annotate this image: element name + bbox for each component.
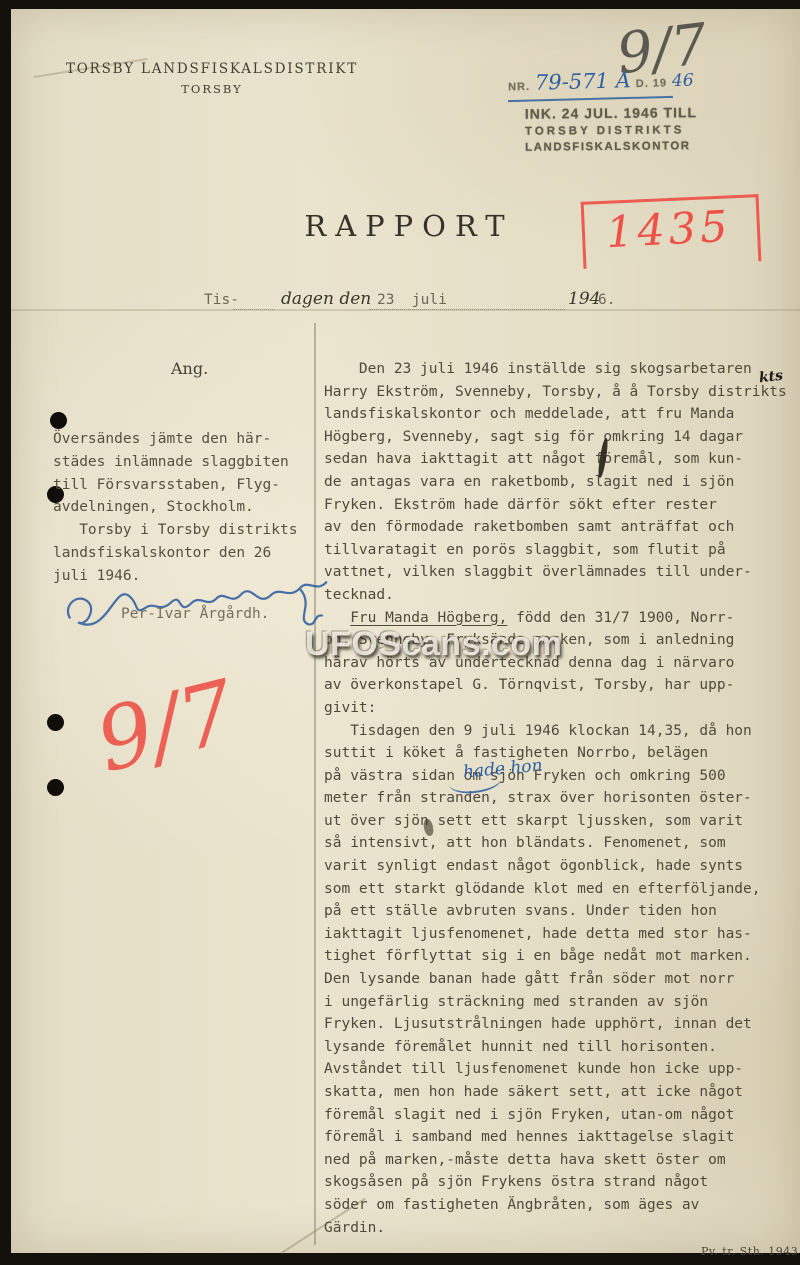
- body-line: på västra sidan om sjön Fryken och omkri…: [324, 765, 787, 788]
- body-text: Den 23 juli 1946 inställde sig skogsarbe…: [324, 358, 787, 1239]
- punch-hole-4: [47, 779, 64, 796]
- left-paragraph-line: Översändes jämte den här-: [53, 428, 297, 451]
- body-line: vattnet, vilken slaggbit överlämnades ti…: [324, 561, 787, 584]
- body-line: landsfiskalskontor och meddelade, att fr…: [324, 403, 787, 426]
- body-line: skogsåsen på sjön Frykens östra strand n…: [324, 1171, 787, 1194]
- fold-crease-vertical: [314, 323, 316, 1245]
- dateline-typed-prefix: Tis-: [204, 292, 239, 308]
- dateline-typed-date: 23 juli: [377, 292, 447, 308]
- body-line: lysande föremålet hunnit ned till horiso…: [324, 1036, 787, 1059]
- body-line: av den förmodade raketbomben samt anträf…: [324, 516, 787, 539]
- body-line: föremål i samband med hennes iakttagelse…: [324, 1126, 787, 1149]
- subject-heading: Ang.: [171, 359, 208, 378]
- red-crayon-date: 9/7: [87, 662, 245, 793]
- punch-hole-1: [50, 412, 67, 429]
- received-stamp-line1: INK. 24 JUL. 1946 TILL: [525, 104, 697, 122]
- body-line: som ett starkt glödande klot med en efte…: [324, 878, 787, 901]
- body-line: ut över sjön sett ett skarpt ljussken, s…: [324, 810, 787, 833]
- body-line: varit synligt endast något ögonblick, ha…: [324, 855, 787, 878]
- registry-blue-underline: [508, 96, 673, 102]
- body-line: på ett ställe avbruten svans. Under tide…: [324, 900, 787, 923]
- body-line: i ungefärlig sträckning med stranden av …: [324, 991, 787, 1014]
- left-paragraph-line: avdelningen, Stockholm.: [53, 496, 297, 519]
- document-page: TORSBY LANDSFISKALSDISTRIKT TORSBY 9/7 N…: [11, 9, 800, 1253]
- body-line: Fryken. Ekström hade därför sökt efter r…: [324, 494, 787, 517]
- watermark: UFOScans.com: [305, 625, 562, 664]
- body-line: meter från stranden, strax över horisont…: [324, 787, 787, 810]
- red-journal-number: 1435: [605, 202, 733, 258]
- body-line: tecknad.: [324, 584, 787, 607]
- body-line: sedan hava iakttagit att något föremål, …: [324, 448, 787, 471]
- body-line: Högberg, Svenneby, sagt sig för omkring …: [324, 426, 787, 449]
- body-line: tillvaratagit en porös slaggbit, som flu…: [324, 539, 787, 562]
- left-paragraph-line: till Försvarsstaben, Flyg-: [53, 474, 297, 497]
- report-title: RAPPORT: [289, 209, 529, 243]
- registry-stamp-mid: D. 19: [636, 77, 668, 90]
- scanned-document: { "colors": { "paper": "#e8e1cb", "typew…: [0, 0, 800, 1265]
- print-notice: Pv. tr. Sth. 1943: [701, 1245, 798, 1258]
- body-line: Den 23 juli 1946 inställde sig skogsarbe…: [324, 358, 787, 381]
- body-line: skatta, men hon hade säkert sett, att ic…: [324, 1081, 787, 1104]
- letterhead: TORSBY LANDSFISKALSDISTRIKT TORSBY: [66, 61, 358, 96]
- body-line: iakttagit ljusfenomenet, hade detta med …: [324, 923, 787, 946]
- signature-typed-name: Per-Ivar Årgårdh.: [121, 606, 269, 622]
- dateline-dotted-blank-2: [369, 308, 565, 310]
- registry-number-handwritten: 79-571 A: [535, 68, 631, 94]
- received-stamp-line3: LANDSFISKALSKONTOR: [525, 140, 697, 154]
- punch-hole-3: [47, 714, 64, 731]
- body-line: de antagas vara en raketbomb, slagit ned…: [324, 471, 787, 494]
- body-line: av överkonstapel G. Törnqvist, Torsby, h…: [324, 674, 787, 697]
- dateline-dotted-blank-1: [233, 308, 275, 310]
- body-line: ned på marken,-måste detta hava skett ös…: [324, 1149, 787, 1172]
- body-line: givit:: [324, 697, 787, 720]
- body-line: Den lysande banan hade gått från söder m…: [324, 968, 787, 991]
- dateline-printed-year: 194: [568, 289, 600, 309]
- body-line: suttit i köket å fastigheten Norrbo, bel…: [324, 742, 787, 765]
- received-stamp-line2: TORSBY DISTRIKTS: [525, 124, 697, 138]
- handwritten-signature: [59, 552, 338, 648]
- received-stamp: INK. 24 JUL. 1946 TILL TORSBY DISTRIKTS …: [525, 104, 698, 154]
- body-line: söder om fastigheten Ängbråten, som äges…: [324, 1194, 787, 1217]
- letterhead-town: TORSBY: [66, 82, 358, 96]
- body-line: så intensivt, att hon bländats. Fenomene…: [324, 832, 787, 855]
- left-paragraph-line: städes inlämnade slaggbiten: [53, 451, 297, 474]
- left-paragraph-line: Torsby i Torsby distrikts: [53, 519, 297, 542]
- handwritten-correction: kts: [758, 368, 784, 386]
- dateline-printed-mid: dagen den: [281, 289, 371, 309]
- body-line: föremål slagit ned i sjön Fryken, utan-o…: [324, 1104, 787, 1127]
- letterhead-district: TORSBY LANDSFISKALSDISTRIKT: [66, 61, 358, 77]
- body-line: tighet förflyttat sig i en båge nedåt mo…: [324, 945, 787, 968]
- dateline-typed-year-suffix: 6.: [598, 292, 615, 308]
- body-line: Fryken. Ljusutstrålningen hade upphört, …: [324, 1013, 787, 1036]
- registry-year-handwritten: 46: [672, 71, 694, 92]
- registry-stamp: NR. 79-571 A D. 19 46: [508, 67, 694, 96]
- body-line: Gärdin.: [324, 1217, 787, 1240]
- body-line: Harry Ekström, Svenneby, Torsby, å å Tor…: [324, 381, 787, 404]
- registry-stamp-prefix: NR.: [508, 81, 530, 94]
- body-line: Avståndet till ljusfenomenet kunde hon i…: [324, 1058, 787, 1081]
- body-line: Tisdagen den 9 juli 1946 klockan 14,35, …: [324, 720, 787, 743]
